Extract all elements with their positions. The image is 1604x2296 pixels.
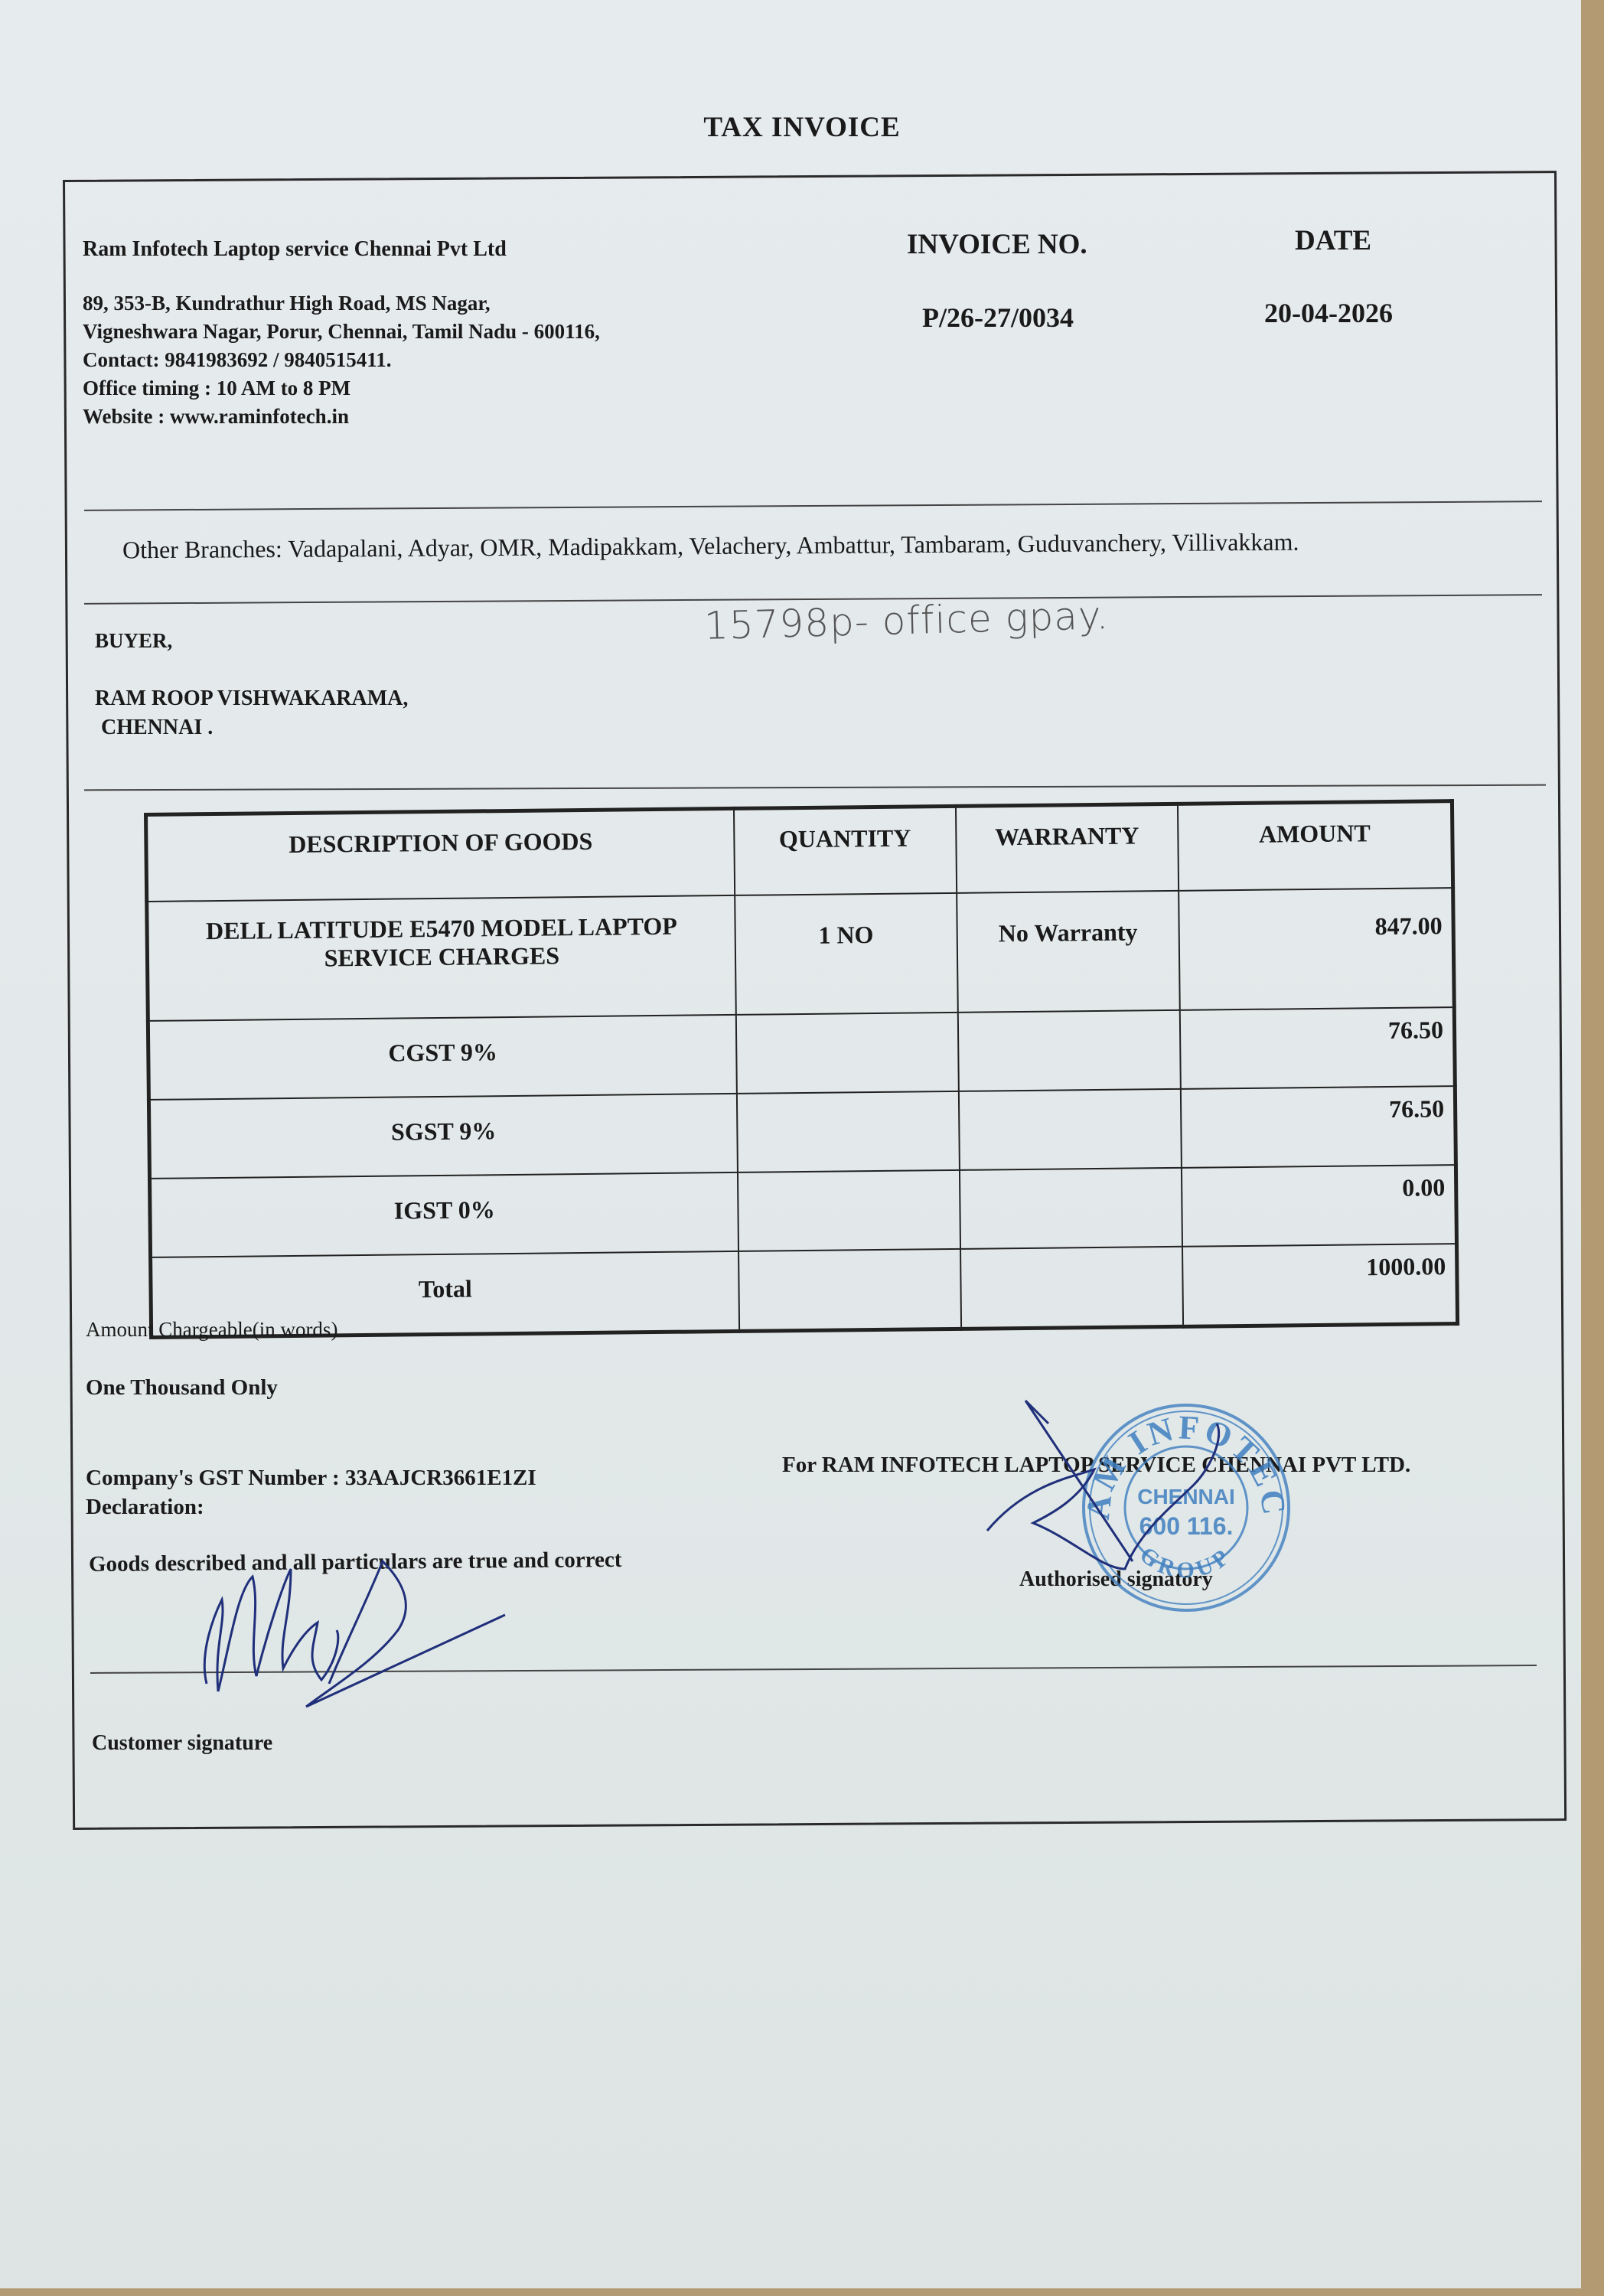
gst-number: Company's GST Number : 33AAJCR3661E1ZI [86, 1463, 536, 1492]
cell-quantity [738, 1170, 960, 1251]
gst-block: Company's GST Number : 33AAJCR3661E1ZI D… [86, 1463, 536, 1521]
amount-in-words: One Thousand Only [86, 1375, 278, 1401]
customer-signature-label: Customer signature [92, 1731, 272, 1756]
cell-warranty [958, 1010, 1181, 1091]
cell-quantity [735, 1013, 958, 1094]
table-row: DELL LATITUDE E5470 MODEL LAPTOP SERVICE… [147, 888, 1455, 1021]
cell-description: DELL LATITUDE E5470 MODEL LAPTOP SERVICE… [147, 895, 736, 1021]
cell-quantity [737, 1091, 960, 1172]
cell-warranty: No Warranty [957, 891, 1180, 1013]
amount-in-words-label: Amount Chargeable(in words) [86, 1318, 337, 1342]
cell-quantity: 1 NO [735, 893, 958, 1015]
date-label: DATE [1295, 224, 1371, 257]
cell-description: IGST 0% [150, 1172, 738, 1257]
address-line: 89, 353-B, Kundrathur High Road, MS Naga… [83, 289, 600, 318]
col-header-description: DESCRIPTION OF GOODS [146, 808, 735, 902]
cell-warranty [960, 1168, 1182, 1249]
document-title: TAX INVOICE [0, 111, 1604, 144]
col-header-quantity: QUANTITY [734, 806, 957, 895]
cell-amount: 0.00 [1182, 1165, 1457, 1247]
cell-quantity [738, 1249, 961, 1332]
table-row: SGST 9% 76.50 [148, 1086, 1456, 1179]
buyer-name: RAM ROOP VISHWAKARAMA, [95, 684, 408, 713]
buyer-details: RAM ROOP VISHWAKARAMA, CHENNAI . [95, 684, 408, 742]
buyer-label: BUYER, [95, 629, 172, 653]
buyer-city: CHENNAI . [95, 713, 408, 742]
address-line: Vigneshwara Nagar, Porur, Chennai, Tamil… [83, 318, 600, 346]
cell-warranty [960, 1247, 1183, 1329]
table-row-total: Total 1000.00 [151, 1244, 1458, 1337]
cell-amount: 76.50 [1181, 1086, 1456, 1168]
website-line: Website : www.raminfotech.in [83, 403, 600, 431]
cell-warranty [959, 1089, 1182, 1170]
col-header-amount: AMOUNT [1178, 801, 1453, 891]
invoice-no-value: P/26-27/0034 [922, 302, 1074, 334]
invoice-no-label: INVOICE NO. [907, 228, 1087, 261]
contact-line: Contact: 9841983692 / 9840515411. [83, 346, 600, 374]
declaration-label: Declaration: [86, 1492, 536, 1521]
seller-name: Ram Infotech Laptop service Chennai Pvt … [83, 237, 507, 262]
customer-signature-icon [184, 1538, 551, 1722]
office-timing-line: Office timing : 10 AM to 8 PM [83, 374, 600, 403]
cell-description: SGST 9% [148, 1094, 737, 1179]
cell-amount: 76.50 [1180, 1007, 1456, 1089]
date-value: 20-04-2026 [1264, 297, 1393, 329]
cell-amount: 1000.00 [1182, 1244, 1458, 1326]
col-header-warranty: WARRANTY [956, 804, 1179, 893]
seller-address: 89, 353-B, Kundrathur High Road, MS Naga… [83, 289, 600, 431]
authorised-signature-icon [980, 1393, 1286, 1577]
cell-amount: 847.00 [1179, 888, 1454, 1010]
cell-description: CGST 9% [148, 1015, 736, 1100]
table-row: IGST 0% 0.00 [150, 1165, 1457, 1257]
table-row: CGST 9% 76.50 [148, 1007, 1455, 1100]
goods-table: DESCRIPTION OF GOODS QUANTITY WARRANTY A… [144, 799, 1459, 1339]
